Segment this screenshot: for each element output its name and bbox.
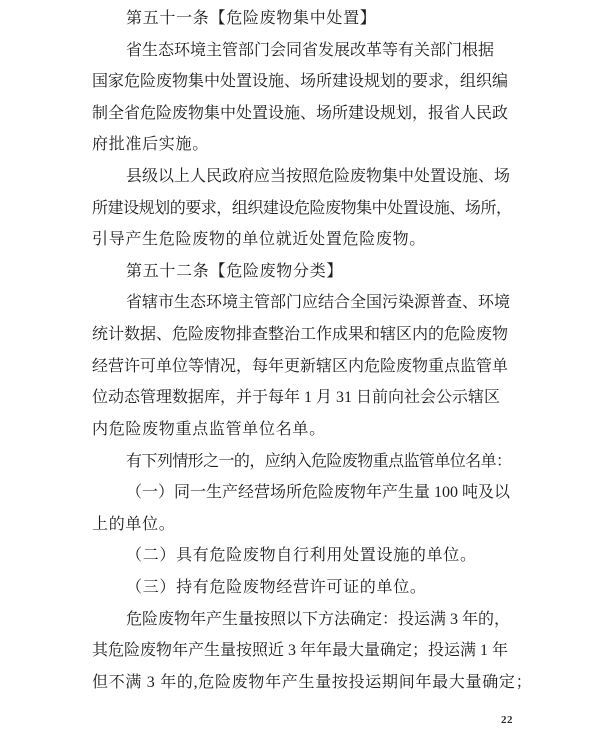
text-line: 所建设规划的要求，组织建设危险废物集中处置设施、场所， [92,193,512,225]
text-line: 制全省危险废物集中处置设施、场所建设规划，报省人民政 [92,98,512,130]
text-line: 位动态管理数据库，并于每年 1 月 31 日前向社会公示辖区 [92,382,512,414]
text-line: 统计数据、危险废物排查整治工作成果和辖区内的危险废物 [92,319,512,351]
text-line: 危险废物年产生量按照以下方法确定：投运满 3 年的， [92,604,512,636]
text-line: 省辖市生态环境主管部门应结合全国污染源普查、环境 [92,287,512,319]
article-heading-line: 第五十二条【危险废物分类】 [92,256,512,288]
page-number: 22 [501,714,513,726]
text-line: 但不满 3 年的,危险废物年产生量按投运期间年最大量确定； [92,667,512,699]
text-line: 引导产生危险废物的单位就近处置危险废物。 [92,224,512,256]
text-line: 上的单位。 [92,509,512,541]
text-line: 省生态环境主管部门会同省发展改革等有关部门根据 [92,35,512,67]
text-line: 经营许可单位等情况，每年更新辖区内危险废物重点监管单 [92,351,512,383]
text-line: （一）同一生产经营场所危险废物年产生量 100 吨及以 [92,477,512,509]
text-line: 内危险废物重点监管单位名单。 [92,414,512,446]
text-line: 县级以上人民政府应当按照危险废物集中处置设施、场 [92,161,512,193]
text-line: （二）具有危险废物自行利用处置设施的单位。 [92,540,512,572]
article-heading-line: 第五十一条【危险废物集中处置】 [92,3,512,35]
text-line: 其危险废物年产生量按照近 3 年年最大量确定；投运满 1 年 [92,635,512,667]
text-line: （三）持有危险废物经营许可证的单位。 [92,572,512,604]
text-line: 府批准后实施。 [92,129,512,161]
document-text-block: 第五十一条【危险废物集中处置】省生态环境主管部门会同省发展改革等有关部门根据国家… [92,3,512,698]
text-line: 有下列情形之一的，应纳入危险废物重点监管单位名单： [92,446,512,478]
text-line: 国家危险废物集中处置设施、场所建设规划的要求，组织编 [92,66,512,98]
document-page: 第五十一条【危险废物集中处置】省生态环境主管部门会同省发展改革等有关部门根据国家… [0,0,600,740]
